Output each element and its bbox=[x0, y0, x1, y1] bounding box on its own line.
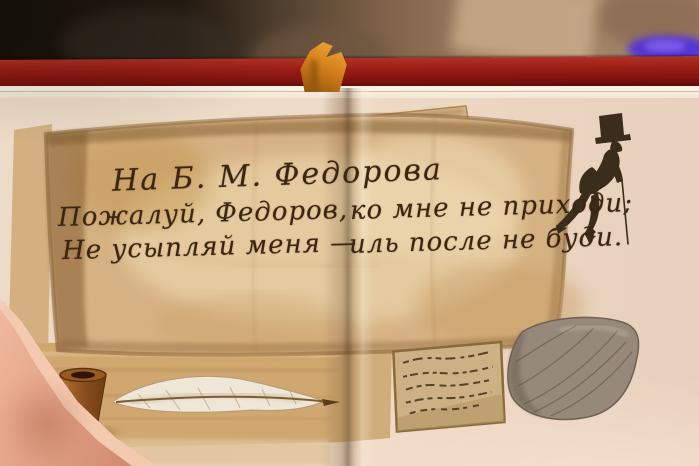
scrawled-note bbox=[391, 342, 506, 431]
cushion-sketch bbox=[508, 317, 639, 419]
photo-open-book: На Б. М. Федорова Пожалуй, Федоров, ко м… bbox=[0, 0, 699, 466]
finger-shadow bbox=[0, 380, 90, 466]
top-hat-icon bbox=[595, 113, 631, 144]
page-fold-shadow bbox=[322, 88, 374, 466]
bookmark-ribbon-shadow bbox=[310, 60, 318, 90]
